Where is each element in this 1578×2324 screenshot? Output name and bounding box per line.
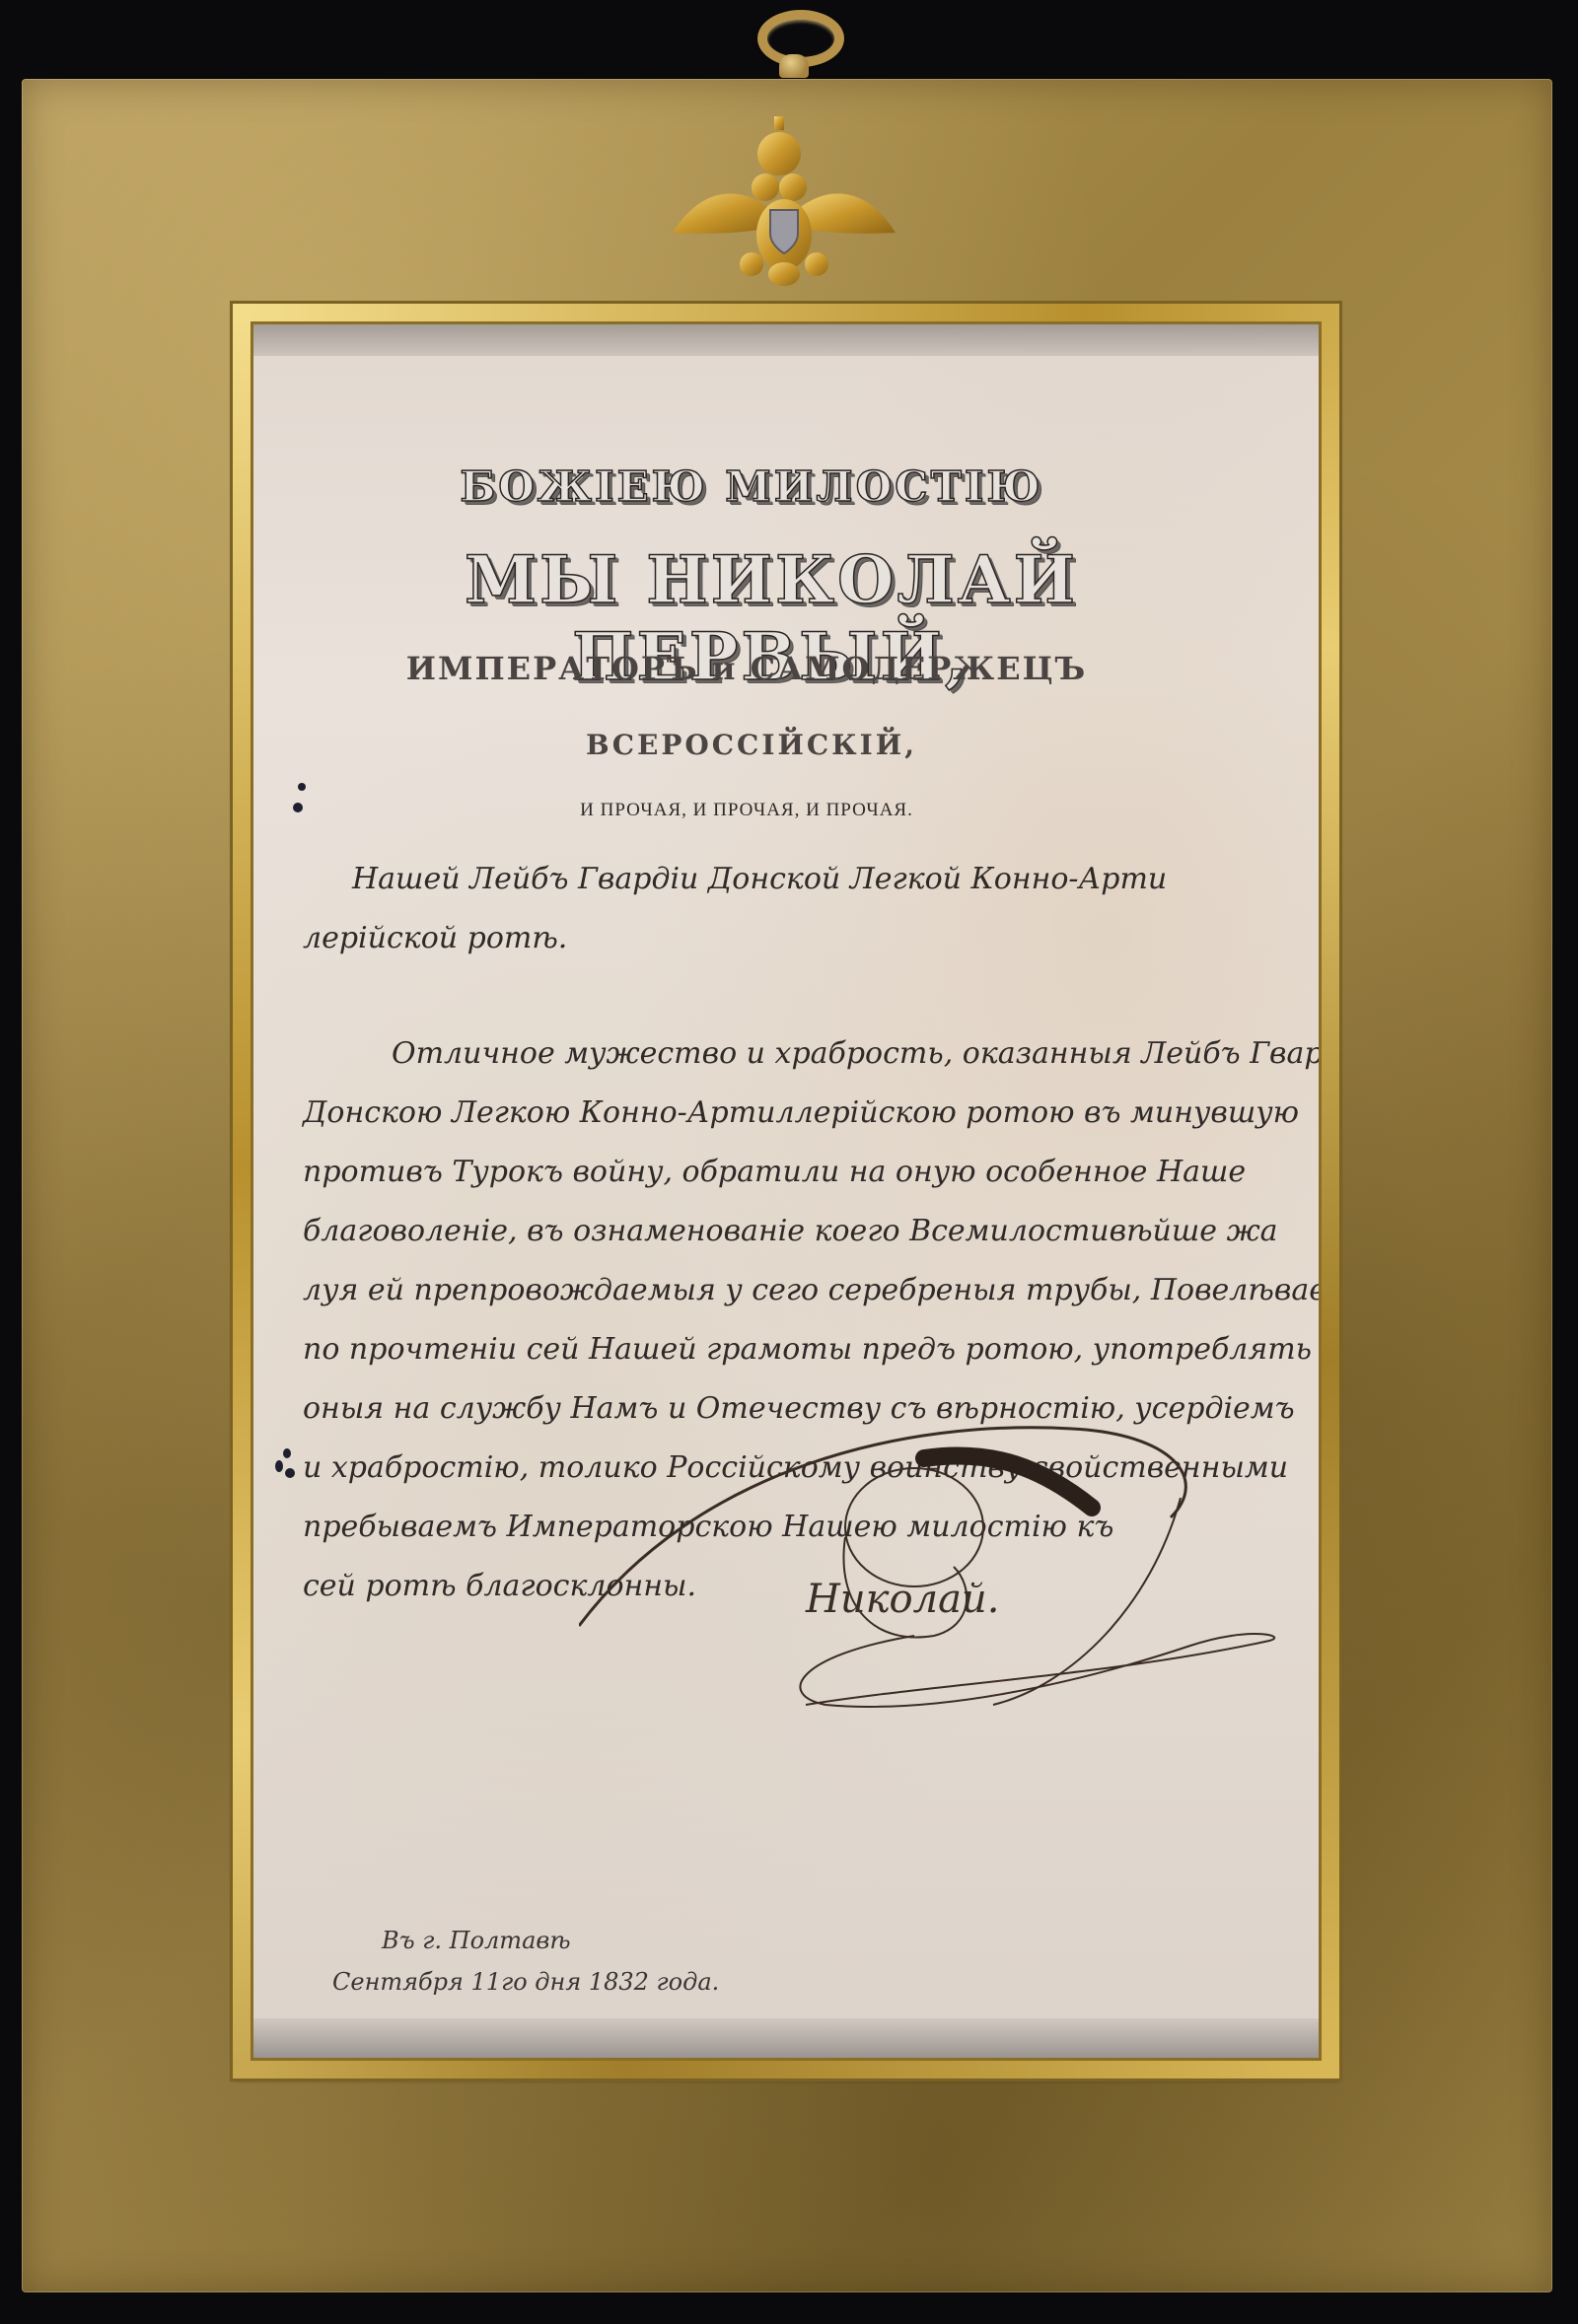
heading-by-gods-grace: БОЖІЕЮ МИЛОСТІЮ [253, 462, 1250, 511]
body-line-5: луя ей препровождаемыя у сего серебреныя… [303, 1273, 1319, 1307]
heading-emperor-autocrat: ИМПЕРАТОРЪ и САМОДЕРЖЕЦЪ [253, 650, 1240, 687]
body-line-1: Отличное мужество и храбрость, оказанныя… [392, 1036, 1319, 1071]
ink-blot [283, 1448, 291, 1458]
double-headed-eagle-icon [673, 116, 896, 286]
body-line-6: по прочтеніи сей Нашей грамоты предъ рот… [303, 1332, 1312, 1367]
heading-etcetera: И ПРОЧАЯ, И ПРОЧАЯ, И ПРОЧАЯ. [253, 800, 1240, 821]
address-line-1: Нашей Лейбъ Гвардіи Донской Легкой Конно… [352, 862, 1167, 896]
signature-flourish [579, 1389, 1289, 1734]
ink-blot [275, 1460, 283, 1472]
ink-blot [298, 783, 306, 791]
issue-date: Сентября 11го дня 1832 года. [332, 1968, 719, 1996]
body-line-4: благоволеніе, въ ознаменованіе коего Все… [303, 1214, 1278, 1248]
ink-blot [293, 803, 303, 812]
imperial-signature: Николай. [806, 1577, 999, 1622]
address-line-2: лерійской ротѣ. [303, 921, 567, 955]
heading-all-russian: ВСЕРОССІЙСКІЙ, [253, 729, 1250, 761]
body-line-2: Донскою Легкою Конно-Артиллерійскою рото… [303, 1095, 1299, 1130]
ring-mount [779, 54, 809, 78]
body-line-3: противъ Турокъ войну, обратили на оную о… [303, 1155, 1246, 1189]
issue-place: Въ г. Полтавѣ [382, 1927, 571, 1954]
charter-document: БОЖІЕЮ МИЛОСТІЮ МЫ НИКОЛАЙ ПЕРВЫЙ, ИМПЕР… [253, 324, 1319, 2058]
ink-blot [285, 1468, 295, 1478]
